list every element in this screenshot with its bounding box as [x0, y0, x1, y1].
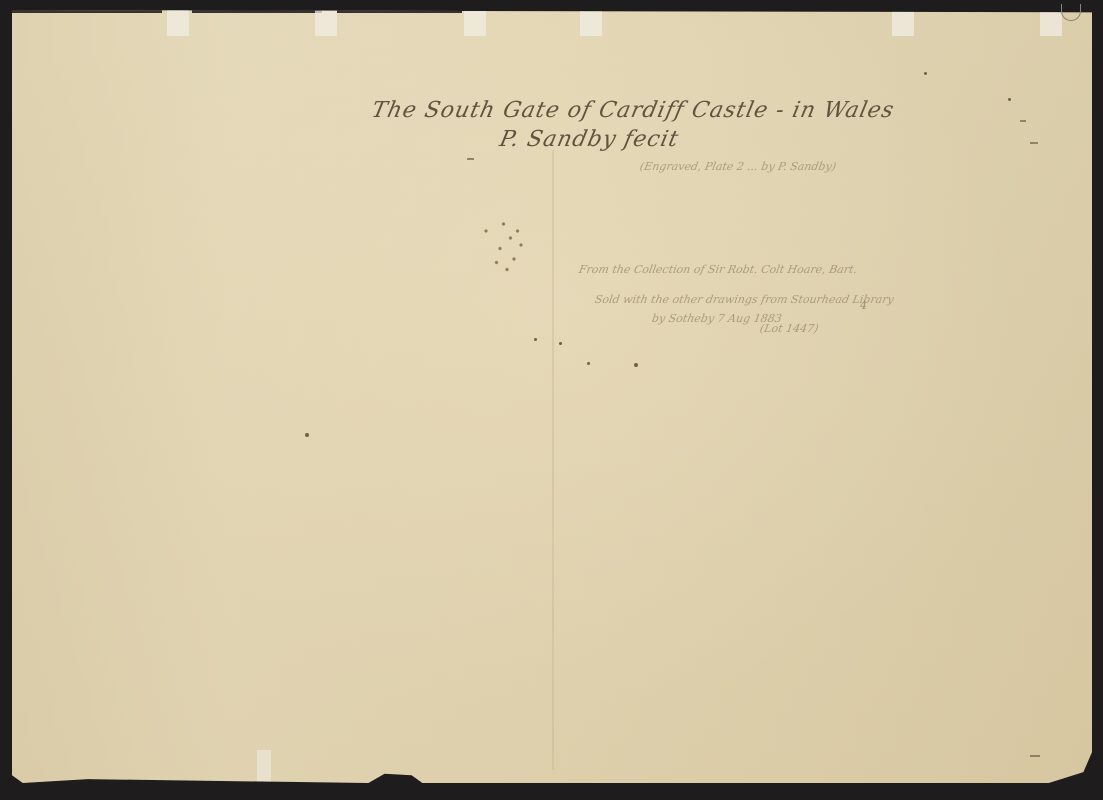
foxing-spots — [472, 210, 542, 280]
torn-top-edge — [192, 10, 322, 13]
torn-top-edge — [12, 10, 162, 13]
hinge-tape — [257, 750, 271, 783]
pencil-note: (Engraved, Plate 2 ... by P. Sandby) — [639, 160, 837, 173]
hinge-tape — [464, 10, 486, 36]
provenance-lot-number: (Lot 1447) — [759, 322, 820, 335]
title-inscription: The South Gate of Cardiff Castle - in Wa… — [369, 98, 896, 123]
ink-mark — [1020, 120, 1026, 122]
ink-mark — [1030, 142, 1038, 144]
hinge-tape — [892, 10, 914, 36]
hinge-tape — [167, 10, 189, 36]
paper-sheet: The South Gate of Cardiff Castle - in Wa… — [12, 10, 1092, 783]
provenance-line-2: Sold with the other drawings from Stourh… — [594, 293, 895, 306]
artist-signature-inscription: P. Sandby fecit — [497, 127, 681, 152]
foxing-spot — [587, 362, 590, 365]
hinge-tape — [580, 10, 602, 36]
hinge-tape — [1040, 10, 1062, 36]
foxing-spot — [559, 342, 562, 345]
ink-mark — [467, 158, 474, 160]
hinge-tape — [315, 10, 337, 36]
ink-mark — [1030, 755, 1040, 757]
torn-top-edge — [337, 10, 462, 13]
foxing-spot — [634, 363, 638, 367]
foxing-spot — [534, 338, 537, 341]
paper-fold-line — [552, 150, 554, 770]
foxing-spot — [1008, 98, 1011, 101]
foxing-spot — [305, 433, 309, 437]
provenance-line-3: by Sotheby 7 Aug 1883 — [651, 312, 783, 325]
provenance-line-1: From the Collection of Sir Robt. Colt Ho… — [578, 263, 858, 276]
margin-mark: 4 — [860, 299, 867, 312]
foxing-spot — [924, 72, 927, 75]
